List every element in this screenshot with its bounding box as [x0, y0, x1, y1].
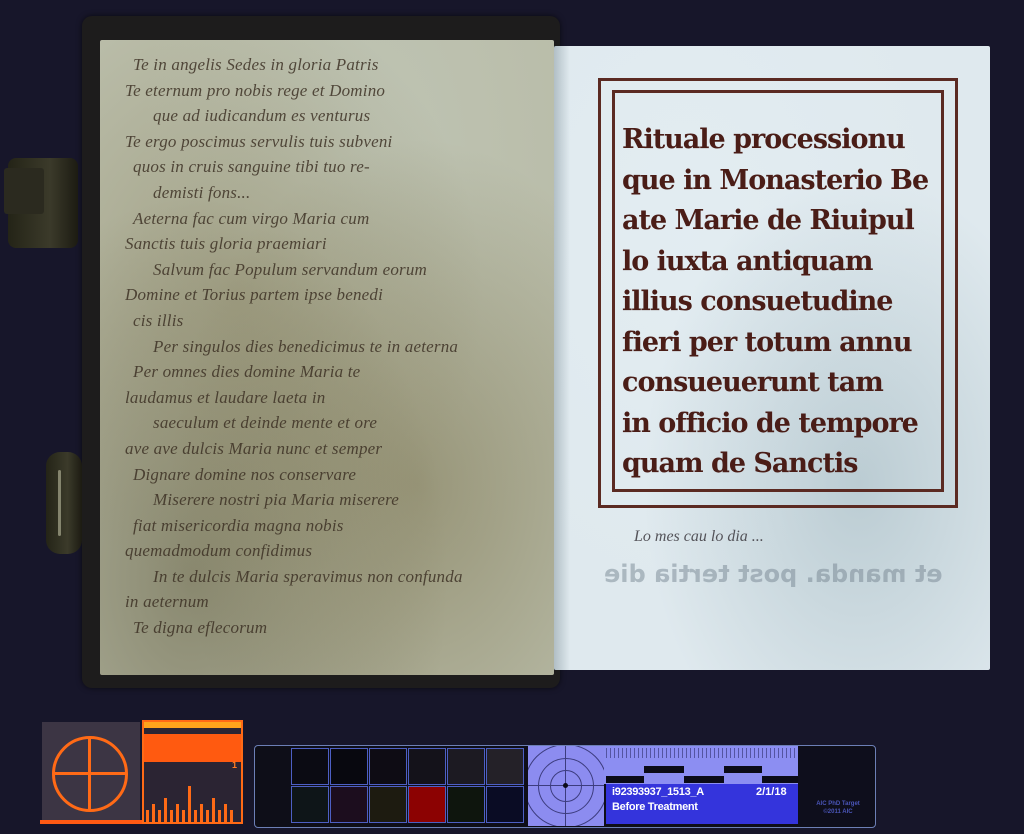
color-swatch: [369, 748, 407, 785]
color-swatch: [447, 786, 485, 823]
resolution-bar: [158, 810, 161, 822]
hand-line: Te ergo poscimus servulis tuis subveni: [125, 129, 545, 155]
hand-line: in aeternum: [125, 589, 545, 615]
ruler-block: [684, 776, 724, 783]
bullseye-target-icon: [528, 746, 604, 826]
show-through-text: et manda. post tertia die: [604, 560, 943, 588]
hand-line: Dignare domine nos conservare: [125, 462, 545, 488]
gutter-shadow: [554, 46, 570, 670]
specimen-id: i92393937_1513_A: [612, 786, 704, 798]
color-swatch: [330, 748, 368, 785]
color-swatch: [447, 748, 485, 785]
title-line: que in Monasterio Be: [622, 161, 942, 202]
aic-brand-text: AIC PhD Target ©2011 AIC: [806, 800, 870, 816]
lower-clasp: [46, 452, 82, 554]
resolution-bar: [152, 804, 155, 822]
hand-line: ave ave dulcis Maria nunc et semper: [125, 436, 545, 462]
title-line: fieri per totum annu: [622, 323, 942, 364]
resolution-bar: [146, 810, 149, 822]
hand-line: Per singulos dies benedicimus te in aete…: [125, 334, 545, 360]
orange-target-base-line: [40, 820, 145, 824]
hand-line: Te in angelis Sedes in gloria Patris: [125, 52, 545, 78]
title-line: Rituale processionu: [622, 120, 942, 161]
hand-line: Sanctis tuis gloria praemiari: [125, 231, 545, 257]
hand-line: quemadmodum confidimus: [125, 538, 545, 564]
resolution-bar: [206, 810, 209, 822]
title-line: ate Marie de Riuipul: [622, 201, 942, 242]
hand-line: Te eternum pro nobis rege et Domino: [125, 78, 545, 104]
hand-line: que ad iudicandum es venturus: [125, 103, 545, 129]
resolution-bar: [182, 810, 185, 822]
color-swatch: [330, 786, 368, 823]
orange-target-number: 1: [232, 760, 237, 770]
resolution-bar: [230, 810, 233, 822]
color-swatch: [486, 748, 524, 785]
gothic-title: Rituale processionu que in Monasterio Be…: [622, 120, 942, 485]
hand-line: Per omnes dies domine Maria te: [125, 359, 545, 385]
color-swatch: [408, 748, 446, 785]
ruler-block: [724, 766, 762, 773]
upper-clasp-tab: [4, 168, 44, 214]
color-swatch: [369, 786, 407, 823]
title-line: illius consuetudine: [622, 282, 942, 323]
title-line: quam de Sanctis: [622, 444, 942, 485]
resolution-bar: [212, 798, 215, 822]
color-swatch: [291, 748, 329, 785]
title-line: lo iuxta antiquam: [622, 242, 942, 283]
specimen-date: 2/1/18: [756, 786, 787, 798]
ruler-block: [644, 766, 684, 773]
ruler-block: [606, 776, 644, 783]
resolution-bar: [164, 798, 167, 822]
handwritten-annotation: Lo mes cau lo dia ...: [634, 528, 764, 546]
resolution-bar: [176, 804, 179, 822]
hand-line: quos in cruis sanguine tibi tuo re-: [125, 154, 545, 180]
hand-line: demisti fons...: [125, 180, 545, 206]
hand-line: saeculum et deinde mente et ore: [125, 410, 545, 436]
hand-line: Domine et Torius partem ipse benedi: [125, 282, 545, 308]
orange-resolution-bars: [146, 782, 240, 822]
resolution-bar: [170, 810, 173, 822]
crosshair-vertical: [88, 738, 91, 810]
hand-line: In te dulcis Maria speravimus non confun…: [125, 564, 545, 590]
color-swatch: [408, 786, 446, 823]
aic-brand-line2: ©2011 AIC: [806, 808, 870, 816]
hand-line: Salvum fac Populum servandum eorum: [125, 257, 545, 283]
ruler-ticks: [606, 748, 796, 758]
color-swatch: [486, 786, 524, 823]
resolution-bar: [224, 804, 227, 822]
hand-line: laudamus et laudare laeta in: [125, 385, 545, 411]
hand-line: fiat misericordia magna nobis: [125, 513, 545, 539]
ruler-block: [762, 776, 798, 783]
handwritten-text: Te in angelis Sedes in gloria Patris Te …: [125, 52, 545, 641]
title-line: consueuerunt tam: [622, 363, 942, 404]
resolution-bar: [200, 804, 203, 822]
hand-line: Miserere nostri pia Maria miserere: [125, 487, 545, 513]
hand-line: Aeterna fac cum virgo Maria cum: [125, 206, 545, 232]
orange-band-top: [144, 722, 241, 728]
lower-clasp-highlight: [58, 470, 61, 536]
orange-band-fill: [144, 734, 241, 762]
hand-line: cis illis: [125, 308, 545, 334]
treatment-status: Before Treatment: [612, 801, 698, 813]
resolution-bar: [218, 810, 221, 822]
aic-brand-line1: AIC PhD Target: [806, 800, 870, 808]
color-swatch: [291, 786, 329, 823]
resolution-bar: [188, 786, 191, 822]
title-line: in officio de tempore: [622, 404, 942, 445]
resolution-bar: [194, 810, 197, 822]
hand-line: Te digna eflecorum: [125, 615, 545, 641]
